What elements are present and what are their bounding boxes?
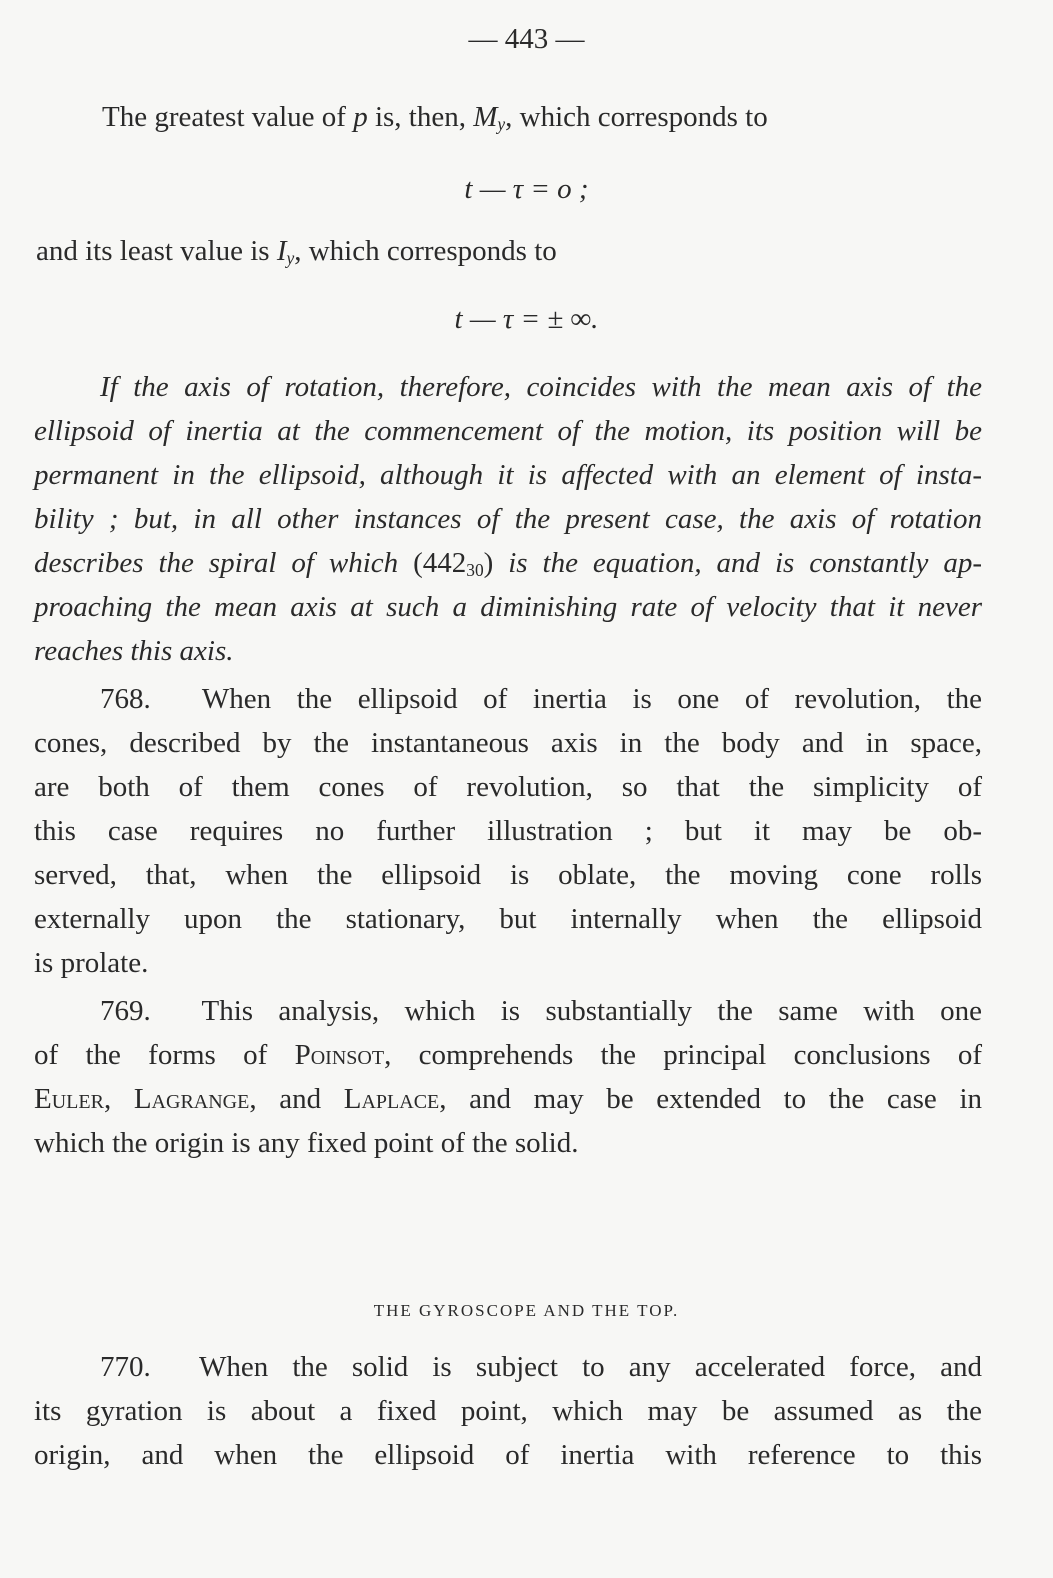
text: , comprehends the principal conclusions … (384, 1039, 982, 1071)
section-768-line: this case requires no further illustrati… (34, 814, 982, 848)
italic-paragraph-line: bility ; but, in all other instances of … (34, 502, 982, 536)
italic-paragraph-line: If the axis of rotation, therefore, coin… (100, 370, 982, 404)
variable-M: M (473, 101, 497, 133)
text: , which corresponds to (505, 101, 768, 133)
text: , and may be extended to the case in (439, 1083, 982, 1115)
section-769-line: which the origin is any fixed point of t… (34, 1126, 578, 1160)
section-number: 770. (100, 1351, 151, 1383)
equation-1: t — τ = o ; (0, 172, 1053, 206)
text: is the equation, and is constantly ap- (508, 547, 982, 579)
section-769-line: of the forms of Poinsot, comprehends the… (34, 1038, 982, 1072)
text: When the solid is subject to any acceler… (199, 1351, 982, 1383)
equation-2: t — τ = ± ∞. (0, 302, 1053, 336)
section-768-line: cones, described by the instantaneous ax… (34, 726, 982, 760)
name-laplace: Laplace (344, 1083, 440, 1115)
section-770-line: its gyration is about a fixed point, whi… (34, 1394, 982, 1428)
section-769-line: Euler, Lagrange, and Laplace, and may be… (34, 1082, 982, 1116)
text: The greatest value of (102, 101, 353, 133)
section-769-line: 769. This analysis, which is substantial… (100, 994, 982, 1028)
text: and its least value is (36, 235, 277, 267)
text: This analysis, which is substantially th… (202, 995, 983, 1027)
section-768-line: are both of them cones of revolution, so… (34, 770, 982, 804)
page-number: — 443 — (0, 22, 1053, 56)
equation-reference: (44230) (413, 547, 493, 579)
name-lagrange: Lagrange (134, 1083, 250, 1115)
text: of the forms of (34, 1039, 295, 1071)
section-770-line: 770. When the solid is subject to any ac… (100, 1350, 982, 1384)
section-768-line: 768. When the ellipsoid of inertia is on… (100, 682, 982, 716)
section-770-line: origin, and when the ellipsoid of inerti… (34, 1438, 982, 1472)
variable-p: p (353, 101, 368, 133)
text: , (104, 1083, 134, 1115)
intro-line-2: and its least value is Iy, which corresp… (36, 234, 557, 268)
text: , and (249, 1083, 343, 1115)
text: describes the spiral of which (34, 547, 398, 579)
ref-subscript: 30 (466, 560, 483, 580)
section-768-line: is prolate. (34, 946, 148, 980)
subscript-y: y (497, 114, 505, 134)
intro-line-1: The greatest value of p is, then, My, wh… (102, 100, 768, 134)
text: is, then, (368, 101, 474, 133)
section-number: 769. (100, 995, 151, 1027)
italic-paragraph-line: reaches this axis. (34, 634, 233, 668)
section-768-line: externally upon the stationary, but inte… (34, 902, 982, 936)
section-number: 768. (100, 683, 151, 715)
name-euler: Euler (34, 1083, 104, 1115)
italic-paragraph-line: ellipsoid of inertia at the commencement… (34, 414, 982, 448)
italic-paragraph-line: proaching the mean axis at such a dimini… (34, 590, 982, 624)
text: When the ellipsoid of inertia is one of … (202, 683, 982, 715)
italic-paragraph-line: permanent in the ellipsoid, although it … (34, 458, 982, 492)
section-heading: THE GYROSCOPE AND THE TOP. (0, 1294, 1053, 1328)
section-768-line: served, that, when the ellipsoid is obla… (34, 858, 982, 892)
book-page: — 443 — The greatest value of p is, then… (0, 0, 1053, 1578)
italic-paragraph-line: describes the spiral of which (44230) is… (34, 546, 982, 580)
name-poinsot: Poinsot (295, 1039, 384, 1071)
text: , which corresponds to (294, 235, 557, 267)
ref-number: 442 (423, 547, 467, 579)
